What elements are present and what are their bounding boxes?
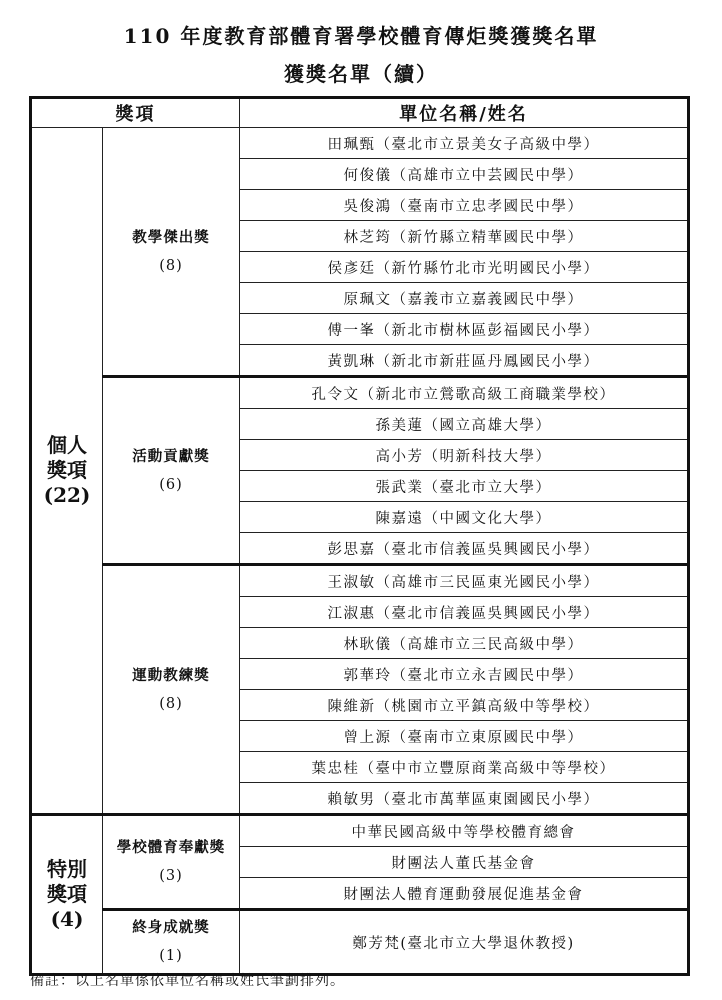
recipient-cell: 傅一峯（新北市樹林區彭福國民小學）: [240, 314, 689, 345]
recipient-cell: 何俊儀（高雄市立中芸國民中學）: [240, 159, 689, 190]
table-header-row: 獎項 單位名稱/姓名: [31, 98, 689, 128]
recipient-cell: 張武業（臺北市立大學）: [240, 471, 689, 502]
recipient-cell: 賴敏男（臺北市萬華區東園國民小學）: [240, 783, 689, 815]
recipient-cell: 財團法人董氏基金會: [240, 847, 689, 878]
category-label-line1: 特別: [32, 857, 102, 882]
header-award: 獎項: [31, 98, 240, 128]
subcategory-count: (1): [103, 942, 239, 970]
header-recipient: 單位名稱/姓名: [240, 98, 689, 128]
table-row: 特別獎項(4)學校體育奉獻獎(3)中華民國高級中等學校體育總會: [31, 815, 689, 847]
category-label: 個人獎項(22): [31, 128, 103, 815]
recipient-cell: 陳嘉遠（中國文化大學）: [240, 502, 689, 533]
category-label-line1: 個人: [32, 433, 102, 458]
subcategory-label: 終身成就獎(1): [103, 910, 240, 975]
subcategory-name: 活動貢獻獎: [132, 448, 210, 465]
recipient-cell: 高小芳（明新科技大學）: [240, 440, 689, 471]
awards-table: 獎項 單位名稱/姓名 個人獎項(22)教學傑出獎(8)田珮甄（臺北市立景美女子高…: [29, 96, 690, 976]
recipient-cell: 中華民國高級中等學校體育總會: [240, 815, 689, 847]
awards-table-body: 個人獎項(22)教學傑出獎(8)田珮甄（臺北市立景美女子高級中學）何俊儀（高雄市…: [31, 128, 689, 975]
subcategory-count: (8): [103, 252, 239, 280]
category-count: (22): [32, 483, 102, 508]
document-subtitle: 獲獎名單（續）: [0, 58, 722, 87]
recipient-cell: 林耿儀（高雄市立三民高級中學）: [240, 628, 689, 659]
subcategory-count: (6): [103, 471, 239, 499]
subcategory-label: 教學傑出獎(8): [103, 128, 240, 377]
subcategory-name: 教學傑出獎: [132, 229, 210, 246]
recipient-cell: 郭華玲（臺北市立永吉國民中學）: [240, 659, 689, 690]
recipient-cell: 王淑敏（高雄市三民區東光國民小學）: [240, 565, 689, 597]
category-label-line2: 獎項: [32, 882, 102, 907]
recipient-cell: 江淑惠（臺北市信義區吳興國民小學）: [240, 597, 689, 628]
recipient-cell: 財團法人體育運動發展促進基金會: [240, 878, 689, 910]
subcategory-count: (3): [103, 862, 239, 890]
category-label-line2: 獎項: [32, 458, 102, 483]
subcategory-count: (8): [103, 690, 239, 718]
recipient-cell: 吳俊鴻（臺南市立忠孝國民中學）: [240, 190, 689, 221]
table-row: 運動教練獎(8)王淑敏（高雄市三民區東光國民小學）: [31, 565, 689, 597]
category-label: 特別獎項(4): [31, 815, 103, 975]
subcategory-name: 終身成就獎: [132, 919, 210, 936]
recipient-cell: 陳維新（桃園市立平鎮高級中等學校）: [240, 690, 689, 721]
table-row: 終身成就獎(1)鄭芳梵(臺北市立大學退休教授): [31, 910, 689, 975]
recipient-cell: 孔令文（新北市立鶯歌高級工商職業學校）: [240, 377, 689, 409]
recipient-cell: 彭思嘉（臺北市信義區吳興國民小學）: [240, 533, 689, 565]
recipient-cell: 原珮文（嘉義市立嘉義國民中學）: [240, 283, 689, 314]
subcategory-name: 運動教練獎: [132, 667, 210, 684]
recipient-cell: 林芝筠（新竹縣立精華國民中學）: [240, 221, 689, 252]
footnote: 備註：以上名單係依單位名稱或姓氏筆劃排列。: [30, 970, 345, 990]
recipient-cell: 鄭芳梵(臺北市立大學退休教授): [240, 910, 689, 975]
recipient-cell: 黃凱琳（新北市新莊區丹鳳國民小學）: [240, 345, 689, 377]
subcategory-label: 活動貢獻獎(6): [103, 377, 240, 565]
recipient-cell: 孫美蓮（國立高雄大學）: [240, 409, 689, 440]
table-row: 活動貢獻獎(6)孔令文（新北市立鶯歌高級工商職業學校）: [31, 377, 689, 409]
table-row: 個人獎項(22)教學傑出獎(8)田珮甄（臺北市立景美女子高級中學）: [31, 128, 689, 159]
subcategory-label: 學校體育奉獻獎(3): [103, 815, 240, 910]
recipient-cell: 葉忠桂（臺中市立豐原商業高級中等學校）: [240, 752, 689, 783]
subcategory-name: 學校體育奉獻獎: [117, 839, 226, 856]
recipient-cell: 曾上源（臺南市立東原國民中學）: [240, 721, 689, 752]
document-title: 110 年度教育部體育署學校體育傳炬獎獲獎名單: [0, 20, 722, 49]
subcategory-label: 運動教練獎(8): [103, 565, 240, 815]
category-count: (4): [32, 907, 102, 932]
recipient-cell: 田珮甄（臺北市立景美女子高級中學）: [240, 128, 689, 159]
recipient-cell: 侯彥廷（新竹縣竹北市光明國民小學）: [240, 252, 689, 283]
